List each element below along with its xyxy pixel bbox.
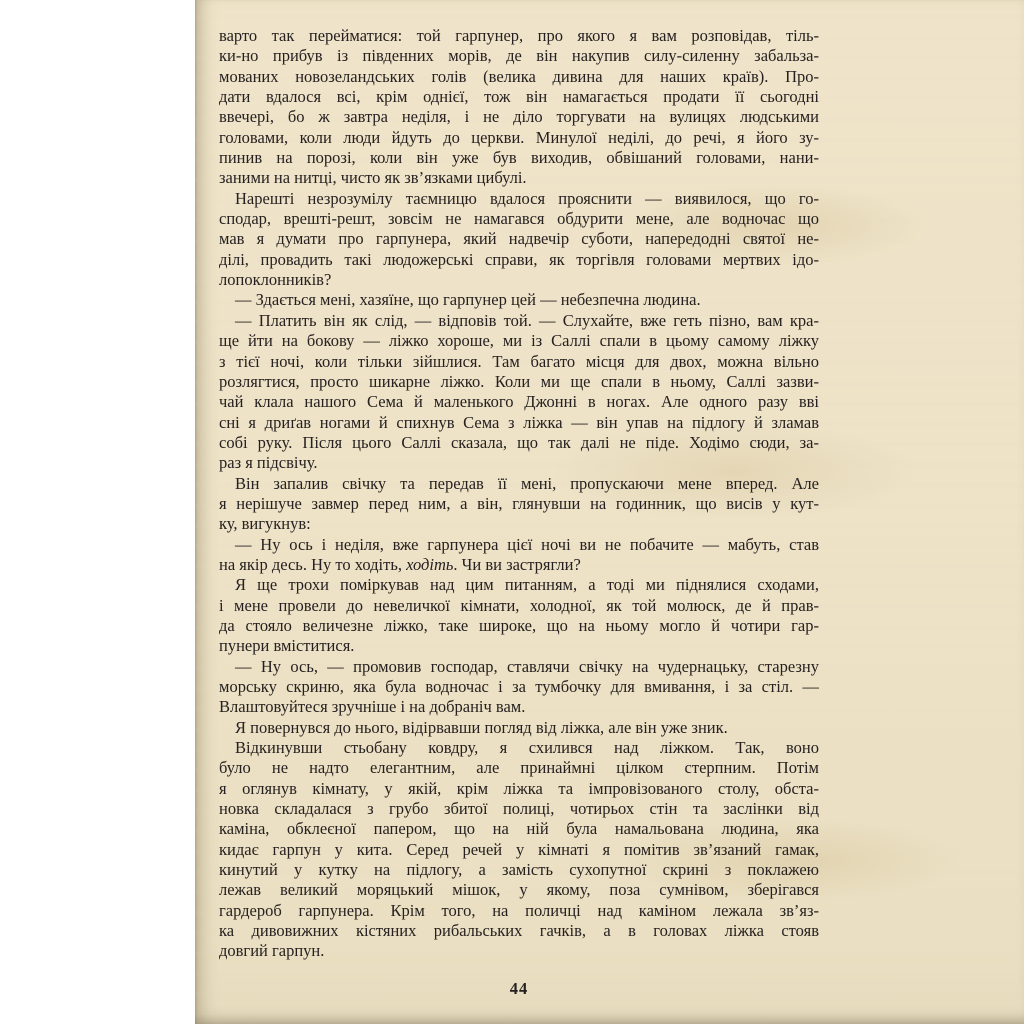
text-line: морську скриню, яка була водночас і за т… xyxy=(219,677,819,697)
text-line: лопоклонників? xyxy=(219,270,819,290)
text-line: довгий гарпун. xyxy=(219,941,819,961)
text-line: я нерішуче завмер перед ним, а він, глян… xyxy=(219,494,819,514)
text-line: заними на нитці, чисто як зв’язками цибу… xyxy=(219,168,819,188)
text-line: Я повернувся до нього, відірвавши погляд… xyxy=(219,718,819,738)
scanned-book-page: варто так перейматися: той гарпунер, про… xyxy=(0,0,1024,1024)
paragraph: — Ну ось і неділя, вже гарпунера цієї но… xyxy=(219,535,819,576)
text-line: Я ще трохи поміркував над цим питанням, … xyxy=(219,575,819,595)
text-line: головами, коли люди йдуть до церкви. Мин… xyxy=(219,128,819,148)
text-line: Відкинувши стьобану ковдру, я схилився н… xyxy=(219,738,819,758)
text-line: — Ну ось, — промовив господар, ставлячи … xyxy=(219,657,819,677)
text-line: да стояло величезне ліжко, таке широке, … xyxy=(219,616,819,636)
text-line: ввечері, бо ж завтра неділя, і не діло т… xyxy=(219,107,819,127)
text-line: Він запалив свічку та передав її мені, п… xyxy=(219,474,819,494)
page-number: 44 xyxy=(219,979,819,999)
paragraph: варто так перейматися: той гарпунер, про… xyxy=(219,26,819,189)
text-line: кидає гарпун у кита. Серед речей у кімна… xyxy=(219,840,819,860)
text-line: — Ну ось і неділя, вже гарпунера цієї но… xyxy=(219,535,819,555)
text-line: я оглянув кімнату, у якій, крім ліжка та… xyxy=(219,779,819,799)
page-text: варто так перейматися: той гарпунер, про… xyxy=(219,26,819,962)
text-line: варто так перейматися: той гарпунер, про… xyxy=(219,26,819,46)
text-line: гардероб гарпунера. Крім того, на поличц… xyxy=(219,901,819,921)
text-line: собі руку. Після цього Саллі сказала, що… xyxy=(219,433,819,453)
text-line: кинутий у кутку на підлогу, а замість су… xyxy=(219,860,819,880)
paragraph: Я ще трохи поміркував над цим питанням, … xyxy=(219,575,819,656)
text-line: мав я думати про гарпунера, який надвечі… xyxy=(219,229,819,249)
text-line: сні я дриґав ногами й спихнув Сема з ліж… xyxy=(219,413,819,433)
text-line: Влаштовуйтеся зручніше і на добраніч вам… xyxy=(219,697,819,717)
text-line: пунери вміститися. xyxy=(219,636,819,656)
text-line: каміна, обклеєної папером, що на ній бул… xyxy=(219,819,819,839)
text-line: пинив на порозі, коли він уже був виходи… xyxy=(219,148,819,168)
paragraph: — Здається мені, хазяїне, що гарпунер це… xyxy=(219,290,819,310)
paragraph: Відкинувши стьобану ковдру, я схилився н… xyxy=(219,738,819,962)
paragraph: Він запалив свічку та передав її мені, п… xyxy=(219,474,819,535)
text-line: ки-но прибув із південних морів, де він … xyxy=(219,46,819,66)
paragraph: Я повернувся до нього, відірвавши погляд… xyxy=(219,718,819,738)
text-line: мованих новозеландських голів (велика ди… xyxy=(219,67,819,87)
text-line: — Платить він як слід, — відповів той. —… xyxy=(219,311,819,331)
text-line: чай клала нашого Сема й маленького Джонн… xyxy=(219,392,819,412)
text-line: ще йти на бокову — ліжко хороше, ми із С… xyxy=(219,331,819,351)
text-line: ка дивовижних кістяних рибальських гачкі… xyxy=(219,921,819,941)
text-line: було не надто елегантним, але принаймні … xyxy=(219,758,819,778)
text-line: і мене провели до невеличкої кімнати, хо… xyxy=(219,596,819,616)
paragraph: — Платить він як слід, — відповів той. —… xyxy=(219,311,819,474)
text-line: ділі, провадить такі людожерські справи,… xyxy=(219,250,819,270)
text-line: сподар, врешті-решт, зовсім не намагався… xyxy=(219,209,819,229)
text-line: розлягтися, просто шикарне ліжко. Коли м… xyxy=(219,372,819,392)
paragraph: — Ну ось, — промовив господар, ставлячи … xyxy=(219,657,819,718)
text-line: з тієї ночі, коли тільки зійшлися. Там б… xyxy=(219,352,819,372)
text-line: на якір десь. Ну то ходіть, ходіть. Чи в… xyxy=(219,555,819,575)
text-line: — Здається мені, хазяїне, що гарпунер це… xyxy=(219,290,819,310)
text-line: ку, вигукнув: xyxy=(219,514,819,534)
paragraph: Нарешті незрозумілу таємницю вдалося про… xyxy=(219,189,819,291)
text-line: дати вдалося всі, крім однієї, тож він н… xyxy=(219,87,819,107)
text-line: Нарешті незрозумілу таємницю вдалося про… xyxy=(219,189,819,209)
text-line: раз я підсвічу. xyxy=(219,453,819,473)
text-line: новка складалася з грубо збитої полиці, … xyxy=(219,799,819,819)
text-line: лежав великий моряцький мішок, у якому, … xyxy=(219,880,819,900)
